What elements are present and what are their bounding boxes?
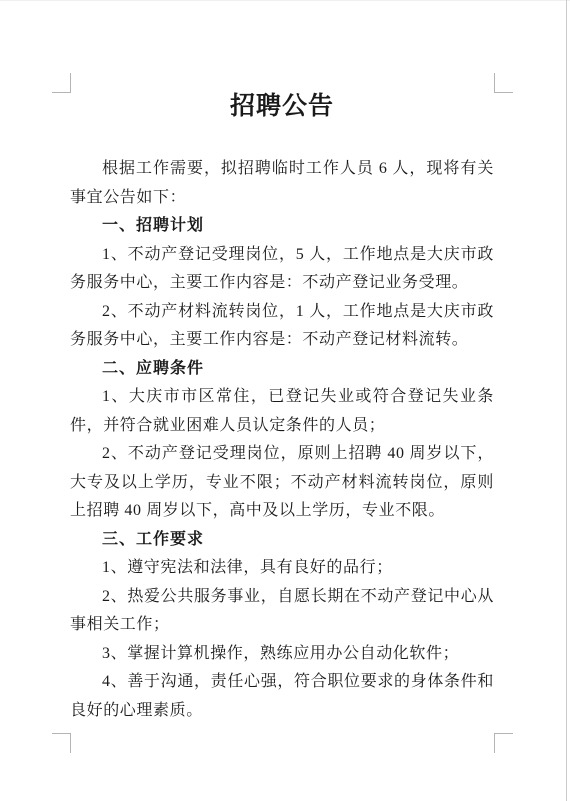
margin-mark-top-right bbox=[494, 73, 513, 93]
paragraph: 3、掌握计算机操作，熟练应用办公自动化软件； bbox=[70, 640, 494, 669]
section-heading: 一、招聘计划 bbox=[70, 212, 494, 241]
document-page: { "page": { "background": "#ffffff", "te… bbox=[0, 0, 570, 801]
page-right-edge-line bbox=[566, 0, 567, 801]
document-title: 招聘公告 bbox=[70, 92, 494, 122]
section-heading: 二、应聘条件 bbox=[70, 355, 494, 384]
margin-mark-bottom-right bbox=[494, 733, 513, 753]
section-heading: 三、工作要求 bbox=[70, 526, 494, 555]
paragraph: 1、大庆市市区常住，已登记失业或符合登记失业条件，并符合就业困难人员认定条件的人… bbox=[70, 383, 494, 440]
paragraph: 根据工作需要，拟招聘临时工作人员 6 人，现将有关事宜公告如下： bbox=[70, 155, 494, 212]
margin-mark-bottom-left bbox=[52, 733, 71, 753]
page-top-edge-line bbox=[0, 0, 570, 1]
document-body: 招聘公告 根据工作需要，拟招聘临时工作人员 6 人，现将有关事宜公告如下：一、招… bbox=[70, 92, 494, 725]
paragraph: 2、不动产登记受理岗位，原则上招聘 40 周岁以下，大专及以上学历，专业不限；不… bbox=[70, 440, 494, 526]
margin-mark-top-left bbox=[52, 73, 71, 93]
paragraph: 1、不动产登记受理岗位，5 人，工作地点是大庆市政务服务中心，主要工作内容是：不… bbox=[70, 241, 494, 298]
paragraph: 4、善于沟通，责任心强，符合职位要求的身体条件和良好的心理素质。 bbox=[70, 668, 494, 725]
paragraph: 1、遵守宪法和法律，具有良好的品行； bbox=[70, 554, 494, 583]
paragraph: 2、热爱公共服务事业，自愿长期在不动产登记中心从事相关工作； bbox=[70, 583, 494, 640]
paragraph: 2、不动产材料流转岗位，1 人，工作地点是大庆市政务服务中心，主要工作内容是：不… bbox=[70, 298, 494, 355]
